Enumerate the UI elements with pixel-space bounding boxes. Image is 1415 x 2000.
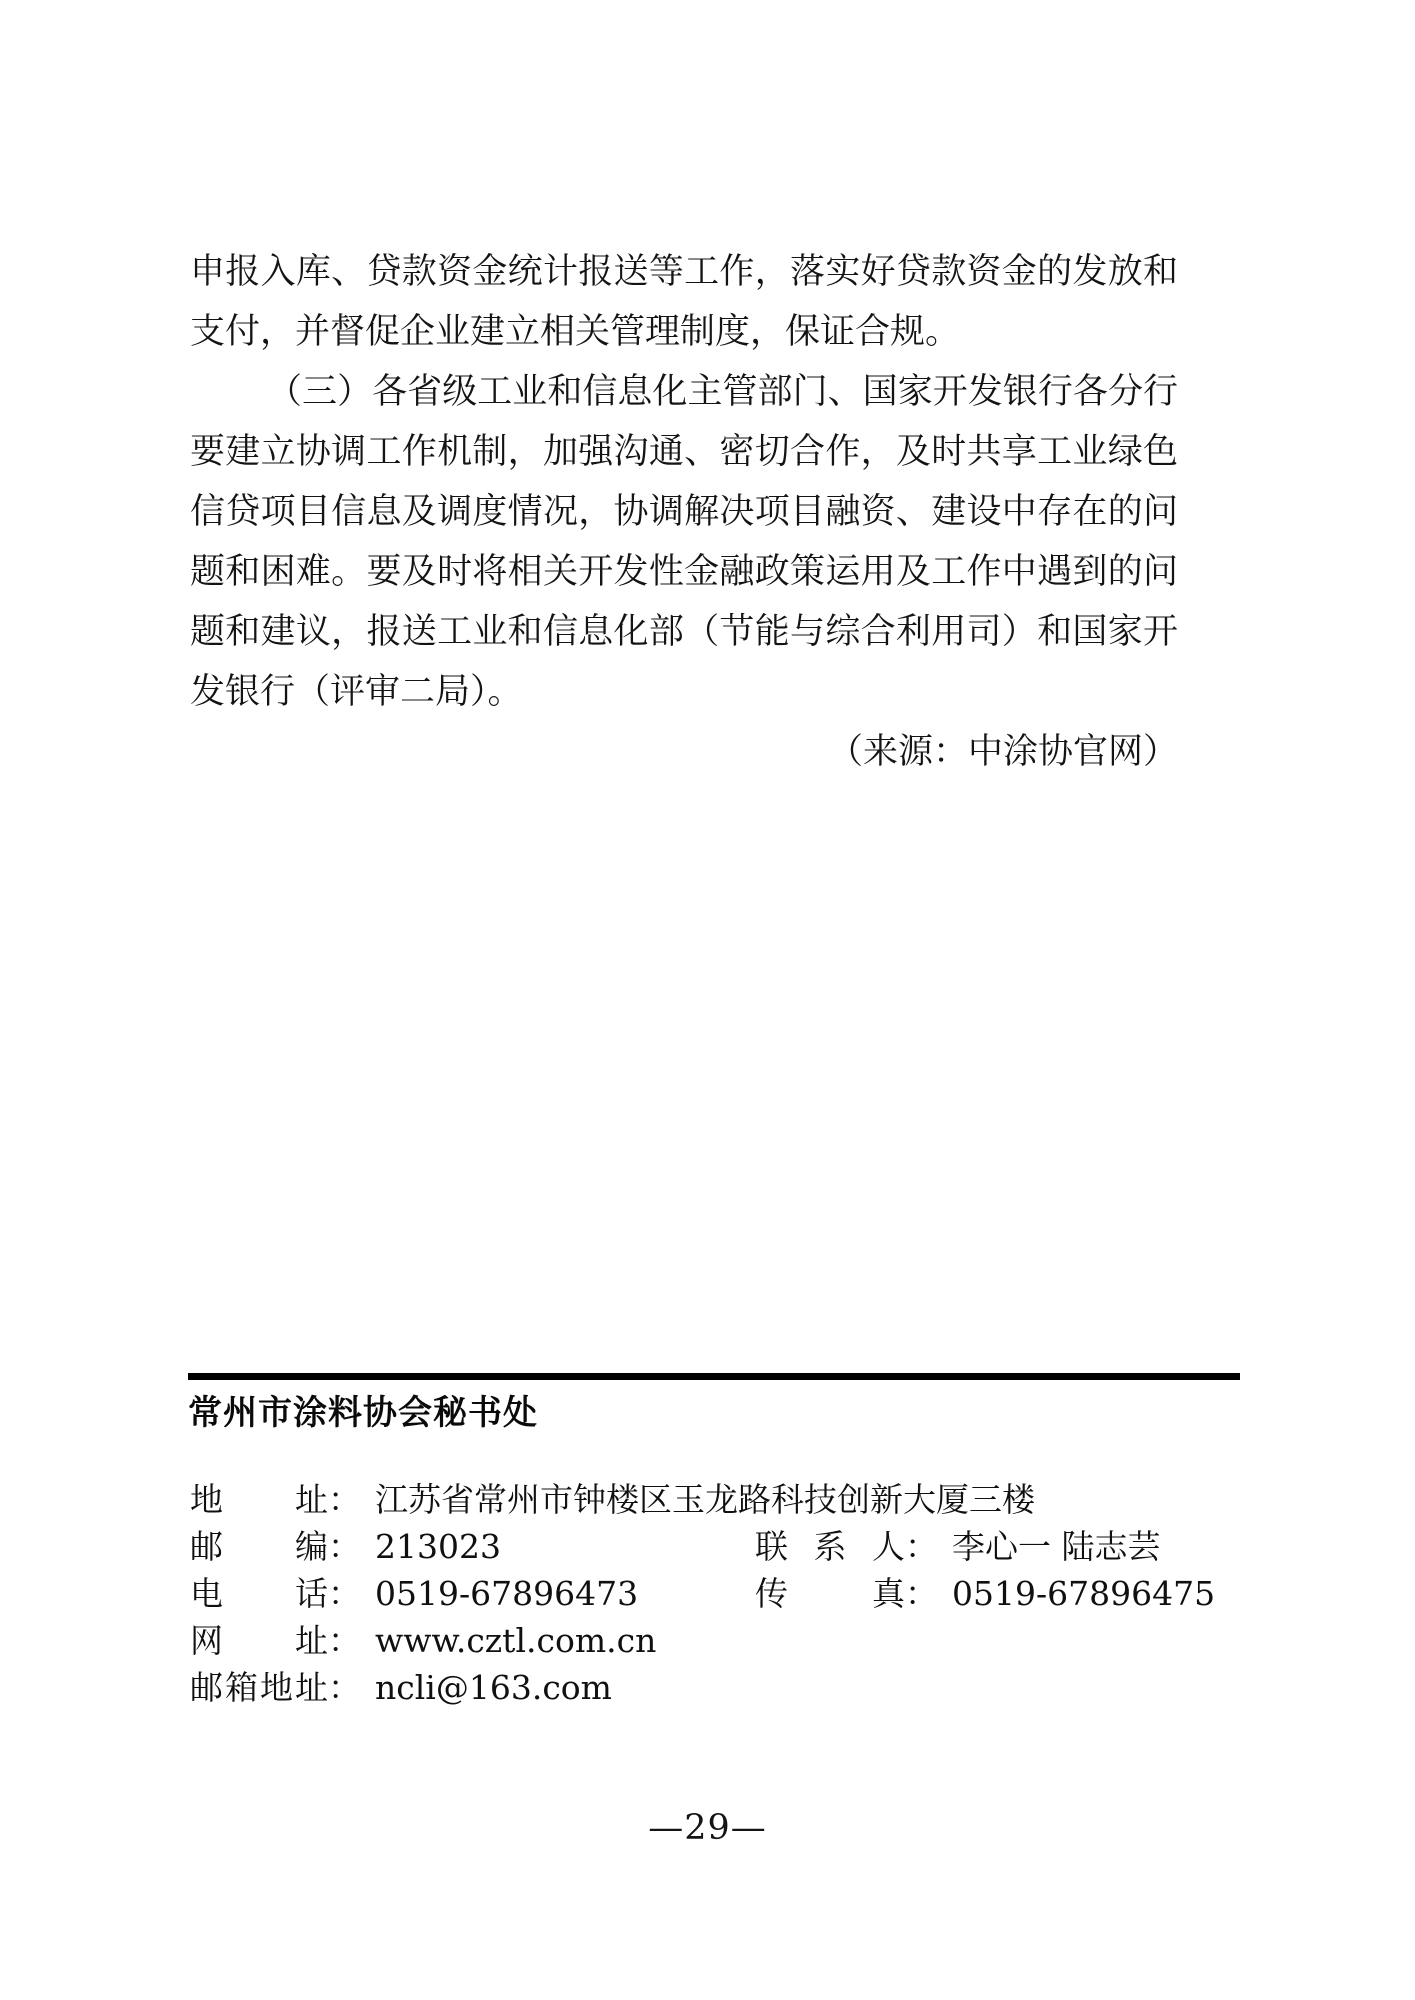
- contact-row-address: 地址：江苏省常州市钟楼区玉龙路科技创新大厦三楼: [190, 1476, 1290, 1523]
- contact-col: 联系人：李心一 陆志芸: [755, 1523, 1290, 1570]
- document-page: 申报入库、贷款资金统计报送等工作，落实好贷款资金的发放和支付，并督促企业建立相关…: [0, 0, 1415, 2000]
- contact-colon: ：: [328, 1523, 361, 1570]
- contact-col: 地址：江苏省常州市钟楼区玉龙路科技创新大厦三楼: [190, 1476, 755, 1523]
- contact-col: 邮编：213023: [190, 1523, 755, 1570]
- contact-col: 网址：www.cztl.com.cn: [190, 1617, 755, 1664]
- contact-value: 李心一 陆志芸: [938, 1527, 1161, 1566]
- contact-row-phone: 电话：0519-67896473 传真：0519-67896475: [190, 1570, 1290, 1617]
- contact-value: 0519-67896475: [938, 1574, 1215, 1613]
- contact-row-email: 邮箱地址：ncli@163.com: [190, 1664, 1290, 1711]
- contact-colon: ：: [328, 1476, 361, 1523]
- contact-colon: ：: [328, 1664, 361, 1711]
- contact-label: 网址: [190, 1617, 328, 1664]
- contact-value: 0519-67896473: [361, 1574, 638, 1613]
- page-number: —29—: [0, 1808, 1415, 1848]
- paragraph: （三）各省级工业和信息化主管部门、国家开发银行各分行要建立协调工作机制，加强沟通…: [190, 362, 1178, 722]
- body-text: 申报入库、贷款资金统计报送等工作，落实好贷款资金的发放和支付，并督促企业建立相关…: [190, 242, 1178, 782]
- contact-colon: ：: [328, 1570, 361, 1617]
- contact-row-postcode: 邮编：213023 联系人：李心一 陆志芸: [190, 1523, 1290, 1570]
- org-name: 常州市涂料协会秘书处: [188, 1394, 538, 1432]
- contact-col: 传真：0519-67896475: [755, 1570, 1290, 1617]
- contact-value: ncli@163.com: [361, 1668, 612, 1707]
- contact-label: 邮箱地址: [190, 1664, 328, 1711]
- contact-colon: ：: [905, 1523, 938, 1570]
- contact-label: 电话: [190, 1570, 328, 1617]
- source-line: （来源：中涂协官网）: [190, 722, 1178, 782]
- contact-list: 地址：江苏省常州市钟楼区玉龙路科技创新大厦三楼 邮编：213023 联系人：李心…: [190, 1476, 1290, 1711]
- contact-row-website: 网址：www.cztl.com.cn: [190, 1617, 1290, 1664]
- contact-colon: ：: [905, 1570, 938, 1617]
- contact-colon: ：: [328, 1617, 361, 1664]
- contact-col: 邮箱地址：ncli@163.com: [190, 1664, 755, 1711]
- contact-col: 电话：0519-67896473: [190, 1570, 755, 1617]
- contact-value: 213023: [361, 1527, 501, 1566]
- contact-label: 邮编: [190, 1523, 328, 1570]
- contact-label: 联系人: [755, 1523, 905, 1570]
- paragraph: 申报入库、贷款资金统计报送等工作，落实好贷款资金的发放和支付，并督促企业建立相关…: [190, 242, 1178, 362]
- footer-divider: [188, 1373, 1240, 1380]
- contact-value: www.cztl.com.cn: [361, 1621, 656, 1660]
- contact-label: 传真: [755, 1570, 905, 1617]
- contact-label: 地址: [190, 1476, 328, 1523]
- contact-value: 江苏省常州市钟楼区玉龙路科技创新大厦三楼: [361, 1480, 1035, 1519]
